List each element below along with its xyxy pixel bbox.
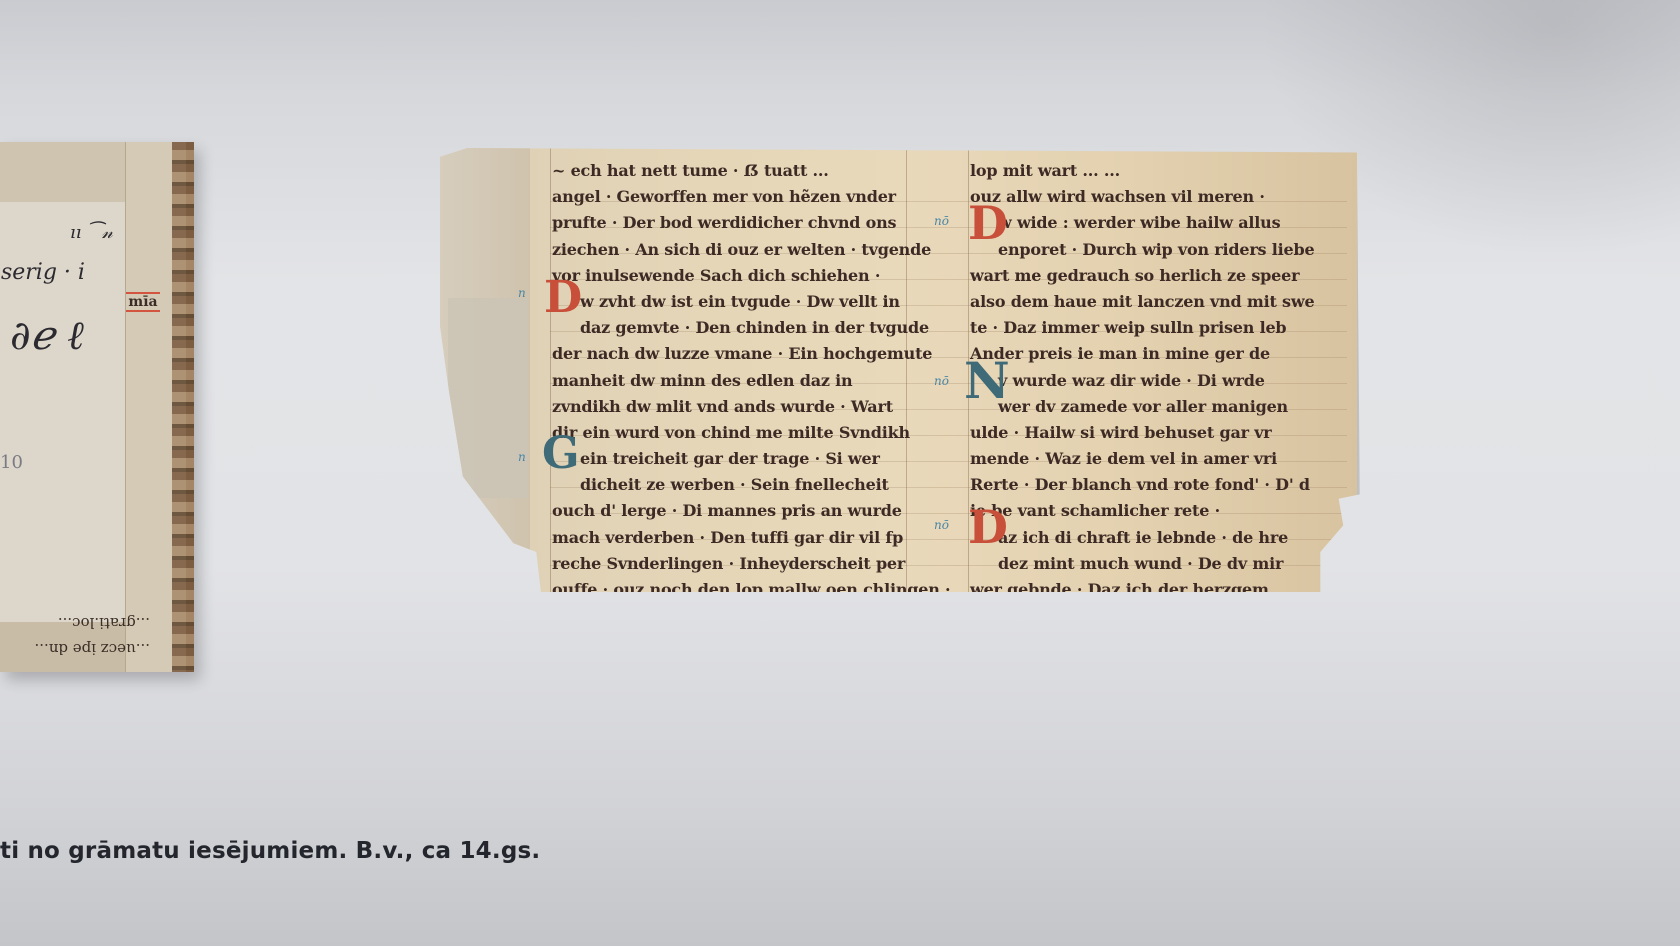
inverted-script-line: ...uecz ipe dn... — [0, 636, 150, 662]
script-line: vor inulsewende Sach dich schiehen · — [552, 263, 902, 289]
script-line: mach verderben · Den tuffi gar dir vil f… — [552, 525, 902, 551]
handwritten-scrawl: ıı͏ ⁀𝓃 — [70, 222, 113, 243]
script-line: v wurde waz dir wide · Di wrde — [970, 368, 1350, 394]
script-line: daz gemvte · Den chinden in der tvgude — [552, 315, 902, 341]
rubric-label: mīa — [126, 292, 160, 312]
text-column-right: lop mit wart ... ... ouz allw wird wachs… — [970, 158, 1350, 629]
script-line: ulde · Hailw si wird behuset gar vr — [970, 420, 1350, 446]
script-line: mende · Waz ie dem vel in amer vri — [970, 446, 1350, 472]
script-line: ein treicheit gar der trage · Si wer — [552, 446, 902, 472]
binding-fragment-left: ıı͏ ⁀𝓃 ...serig · i ∂ℯ ℓ mīa 10 ...uecz … — [0, 142, 194, 672]
worn-patch — [448, 298, 528, 498]
illuminated-initial-g: G — [542, 432, 580, 476]
script-line: ouz allw wird wachsen vil meren · — [970, 184, 1350, 210]
illuminated-initial-d: D — [968, 200, 1008, 246]
script-line: te · Daz immer weip sulln prisen leb — [970, 315, 1350, 341]
script-line: ouffe · ouz noch den lop mallw oen chlin… — [552, 577, 902, 603]
script-line: ziechen · An sich di ouz er welten · tvg… — [552, 237, 902, 263]
script-line: ~ ~ ~ ... ... an ſtvrnolch — [552, 603, 902, 629]
parchment-stub — [440, 148, 530, 592]
script-line: lop mit wart ... ... — [970, 158, 1350, 184]
handwritten-flourish: ∂ℯ ℓ — [10, 312, 84, 359]
column-rule — [550, 148, 551, 592]
illuminated-initial-d: D — [968, 504, 1008, 550]
script-line: az ich di chraft ie lebnde · de hre — [970, 525, 1350, 551]
script-line: w zvht dw ist ein tvgude · Dw vellt in — [552, 289, 902, 315]
script-line: wer dv zamede vor aller manigen — [970, 394, 1350, 420]
script-line: wart me gedrauch so herlich ze speer — [970, 263, 1350, 289]
script-line: w wide : werder wibe hailw allus — [970, 210, 1350, 236]
script-line: der nach dw luzze vmane · Ein hochgemute — [552, 341, 902, 367]
script-line: wer gebnde · Daz ich der herzgem — [970, 577, 1350, 603]
script-line: zvndikh dw mlit vnd ands wurde · Wart — [552, 394, 902, 420]
marginal-note: nō — [934, 374, 949, 388]
script-line: ~ ech hat nett tume · ẞ tuatt ... — [552, 158, 902, 184]
text-column-left: ~ ech hat nett tume · ẞ tuatt ... angel … — [552, 158, 902, 629]
script-line: dez mint much wund · De dv mir — [970, 551, 1350, 577]
marginal-note: nō — [934, 518, 949, 532]
illuminated-initial-n: N — [964, 356, 1010, 406]
script-line: prufte · Der bod werdidicher chvnd ons — [552, 210, 902, 236]
binding-spine — [172, 142, 194, 672]
script-line: dir ein wurd von chind me milte Svndikh — [552, 420, 902, 446]
binding-flap-right — [125, 142, 172, 672]
script-line: Ander preis ie man in mine ger de — [970, 341, 1350, 367]
script-line: ie be vant schamlicher rete · — [970, 498, 1350, 524]
script-line: ouch d' lerge · Di mannes pris an wurde — [552, 498, 902, 524]
marginal-note: n — [518, 286, 526, 300]
script-line: dinte fond · vnd daz da mein — [970, 603, 1350, 629]
script-line: dicheit ze werben · Sein fnellecheit — [552, 472, 902, 498]
marginal-note: n — [518, 450, 526, 464]
inverted-script-line: ...grati.loc... — [0, 610, 150, 636]
manuscript-fragment: ~ ech hat nett tume · ẞ tuatt ... angel … — [440, 148, 1357, 592]
pencil-number: 10 — [0, 452, 23, 473]
script-line: angel · Geworffen mer von hẽzen vnder — [552, 184, 902, 210]
script-line: manheit dw minn des edlen daz in — [552, 368, 902, 394]
marginal-note: nō — [934, 214, 949, 228]
column-rule — [906, 148, 907, 592]
inverted-script: ...uecz ipe dn... ...grati.loc... — [0, 610, 150, 662]
script-line: enporet · Durch wip von riders liebe — [970, 237, 1350, 263]
script-line: also dem haue mit lanczen vnd mit swe — [970, 289, 1350, 315]
handwritten-scrawl: ...serig · i — [0, 260, 85, 285]
exhibit-caption: ti no grāmatu iesējumiem. B.v., ca 14.gs… — [0, 838, 540, 864]
illuminated-initial-d: D — [544, 276, 582, 320]
script-line: Rerte · Der blanch vnd rote fond' · D' d — [970, 472, 1350, 498]
script-line: reche Svnderlingen · Inheyderscheit per — [552, 551, 902, 577]
